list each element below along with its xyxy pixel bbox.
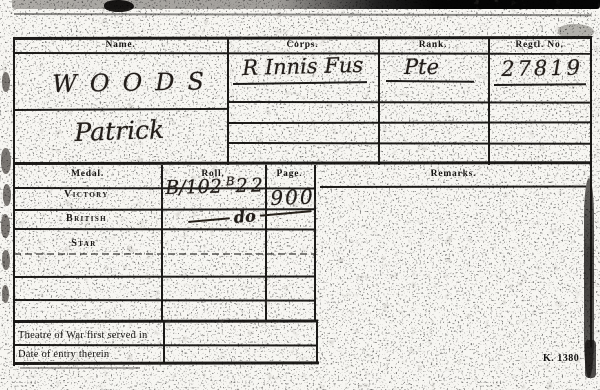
theatre-box-top-rule: [13, 319, 318, 322]
victory-medal-label: Victory: [14, 189, 159, 200]
date-of-entry-label: Date of entry therein: [18, 349, 109, 360]
roll-prefix: B/102: [165, 176, 222, 199]
form-reference: K. 1380: [543, 353, 579, 364]
regtl-entry-rule: [494, 83, 586, 85]
rule-line: [14, 228, 315, 230]
theatre-box-right-border: [316, 321, 318, 364]
page-column-header: Page.: [265, 169, 314, 179]
ditto-dash-right: [259, 210, 311, 217]
roll-suffix: 22: [235, 174, 266, 197]
regtl-no-column-header: Regtl. No.: [488, 40, 591, 50]
scan-artifact-margin-blob: [2, 250, 10, 270]
theatre-of-war-label: Theatre of War first served in: [18, 330, 147, 341]
rank-column-header: Rank.: [378, 40, 488, 50]
scan-artifact-bottom-smear: [20, 367, 140, 369]
regtl-no-value: 27819: [501, 56, 583, 81]
name-cell-rule: [14, 108, 227, 111]
section-separator: [13, 161, 592, 165]
medal-column-header: Medal.: [14, 169, 161, 179]
rule-line: [14, 299, 315, 301]
rule-line: [228, 142, 591, 144]
rule-line: [228, 121, 591, 123]
scan-artifact-margin-blob: [3, 184, 11, 206]
surname-value: WOODS: [52, 67, 217, 98]
scan-artifact-top-band: [12, 0, 600, 9]
remarks-column-header: Remarks.: [316, 169, 591, 179]
corps-value: R Innis Fus: [242, 53, 363, 80]
theatre-date-rule: [14, 344, 317, 346]
rule-line: [228, 101, 591, 103]
ditto-dash-left: [188, 217, 230, 223]
corps-entry-rule: [233, 81, 367, 84]
rule-line: [14, 275, 315, 277]
name-column-header: Name.: [14, 40, 227, 50]
medal-index-card-scan: Name. Corps. Rank. Regtl. No. WOODS Patr…: [0, 0, 600, 390]
rank-value: Pte: [404, 55, 439, 79]
scan-artifact-wavy-line: [14, 13, 591, 16]
scan-artifact-margin-blob: [1, 148, 11, 174]
theatre-label-divider: [163, 321, 165, 364]
scan-artifact-margin-blob: [1, 214, 10, 238]
scan-artifact-right-smudge-lower: [585, 340, 596, 378]
star-medal-label: Star: [14, 238, 154, 249]
remarks-header-rule: [320, 186, 586, 188]
card-left-border: [13, 37, 15, 366]
roll-superscript: B: [226, 174, 235, 188]
scan-artifact-margin-blob: [2, 285, 9, 303]
forename-value: Patrick: [74, 115, 165, 147]
rank-entry-rule: [386, 80, 474, 82]
rule-line: [14, 253, 315, 255]
british-roll-ditto-mark: do: [187, 201, 312, 231]
scan-artifact-margin-blob: [2, 72, 10, 92]
card-bottom-border: [13, 361, 319, 364]
corps-column-header: Corps.: [227, 40, 378, 50]
british-medal-label: British: [14, 213, 159, 224]
victory-roll-value: B/102B22: [165, 174, 266, 199]
scan-artifact-ink-blob: [104, 0, 134, 12]
